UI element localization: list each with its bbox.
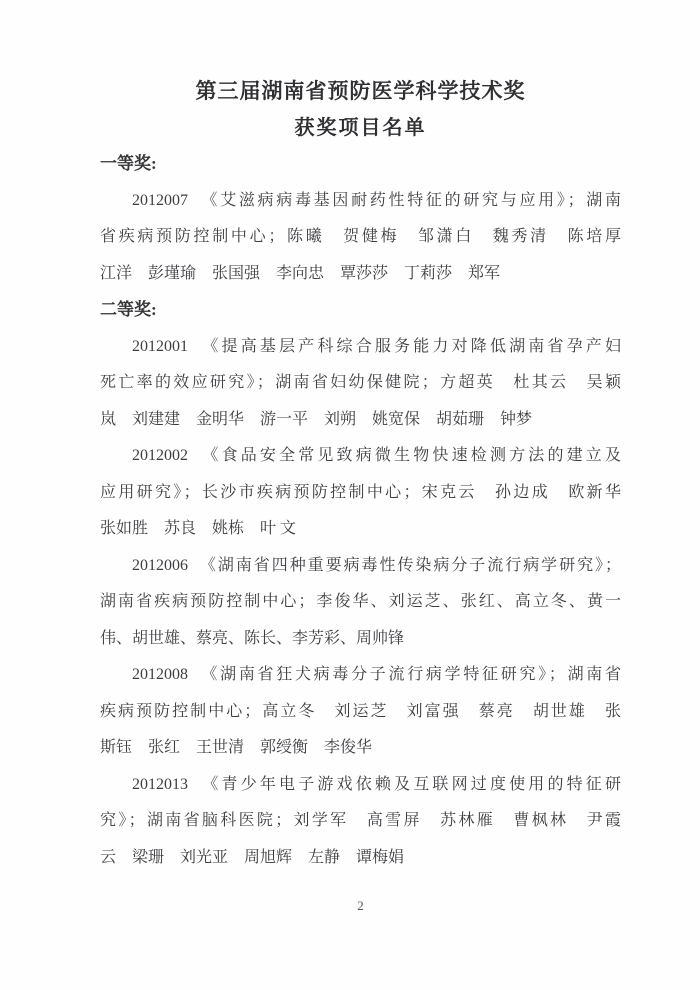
entry-first-line: 2012002 《食品安全常见致病微生物快速检测方法的建立及 <box>100 438 621 475</box>
entry-first-line: 2012001 《提高基层产科综合服务能力对降低湖南省孕产妇 <box>100 329 621 366</box>
entry-line: 湖南省疾病预防控制中心；李俊华、刘运芝、张红、高立冬、黄一 <box>100 584 621 621</box>
entry-line: 死亡率的效应研究》；湖南省妇幼保健院；方超英 杜其云 吴颖 <box>100 365 621 402</box>
page-subtitle: 获奖项目名单 <box>100 110 621 147</box>
entry-first-line: 2012008 《湖南省狂犬病毒分子流行病学特征研究》；湖南省 <box>100 657 621 694</box>
entry-line: 云 梁珊 刘光亚 周旭辉 左静 谭梅娟 <box>100 840 621 877</box>
entry-line: 究》；湖南省脑科医院；刘学军 高雪屏 苏林雁 曹枫林 尹霞 <box>100 803 621 840</box>
entry-line: 应用研究》；长沙市疾病预防控制中心；宋克云 孙边成 欧新华 <box>100 475 621 512</box>
entry-line: 省疾病预防控制中心；陈曦 贺健梅 邹潇白 魏秀清 陈培厚 <box>100 219 621 256</box>
entry-line: 江洋 彭瑾瑜 张国强 李向忠 覃莎莎 丁莉莎 郑军 <box>100 256 621 293</box>
entry-line: 斯钰 张红 王世清 郭绶衡 李俊华 <box>100 730 621 767</box>
entry-line: 岚 刘建建 金明华 游一平 刘朔 姚宽保 胡茹珊 钟梦 <box>100 402 621 439</box>
page-number: 2 <box>100 898 621 914</box>
document-content: 第三届湖南省预防医学科学技术奖 获奖项目名单 一等奖:2012007 《艾滋病病… <box>100 73 621 876</box>
entry-line: 张如胜 苏良 姚栋 叶 文 <box>100 511 621 548</box>
entry-line: 伟、胡世雄、蔡亮、陈长、李芳彩、周帅锋 <box>100 621 621 658</box>
entry-first-line: 2012013 《青少年电子游戏依赖及互联网过度使用的特征研 <box>100 767 621 804</box>
entry-first-line: 2012007 《艾滋病病毒基因耐药性特征的研究与应用》；湖南 <box>100 183 621 220</box>
entry-line: 疾病预防控制中心；高立冬 刘运芝 刘富强 蔡亮 胡世雄 张 <box>100 694 621 731</box>
section-heading: 二等奖: <box>100 292 621 329</box>
document-body: 一等奖:2012007 《艾滋病病毒基因耐药性特征的研究与应用》；湖南省疾病预防… <box>100 146 621 876</box>
section-heading: 一等奖: <box>100 146 621 183</box>
document-page: 第三届湖南省预防医学科学技术奖 获奖项目名单 一等奖:2012007 《艾滋病病… <box>0 0 700 990</box>
entry-first-line: 2012006 《湖南省四种重要病毒性传染病分子流行病学研究》； <box>100 548 621 585</box>
page-title: 第三届湖南省预防医学科学技术奖 <box>100 73 621 110</box>
